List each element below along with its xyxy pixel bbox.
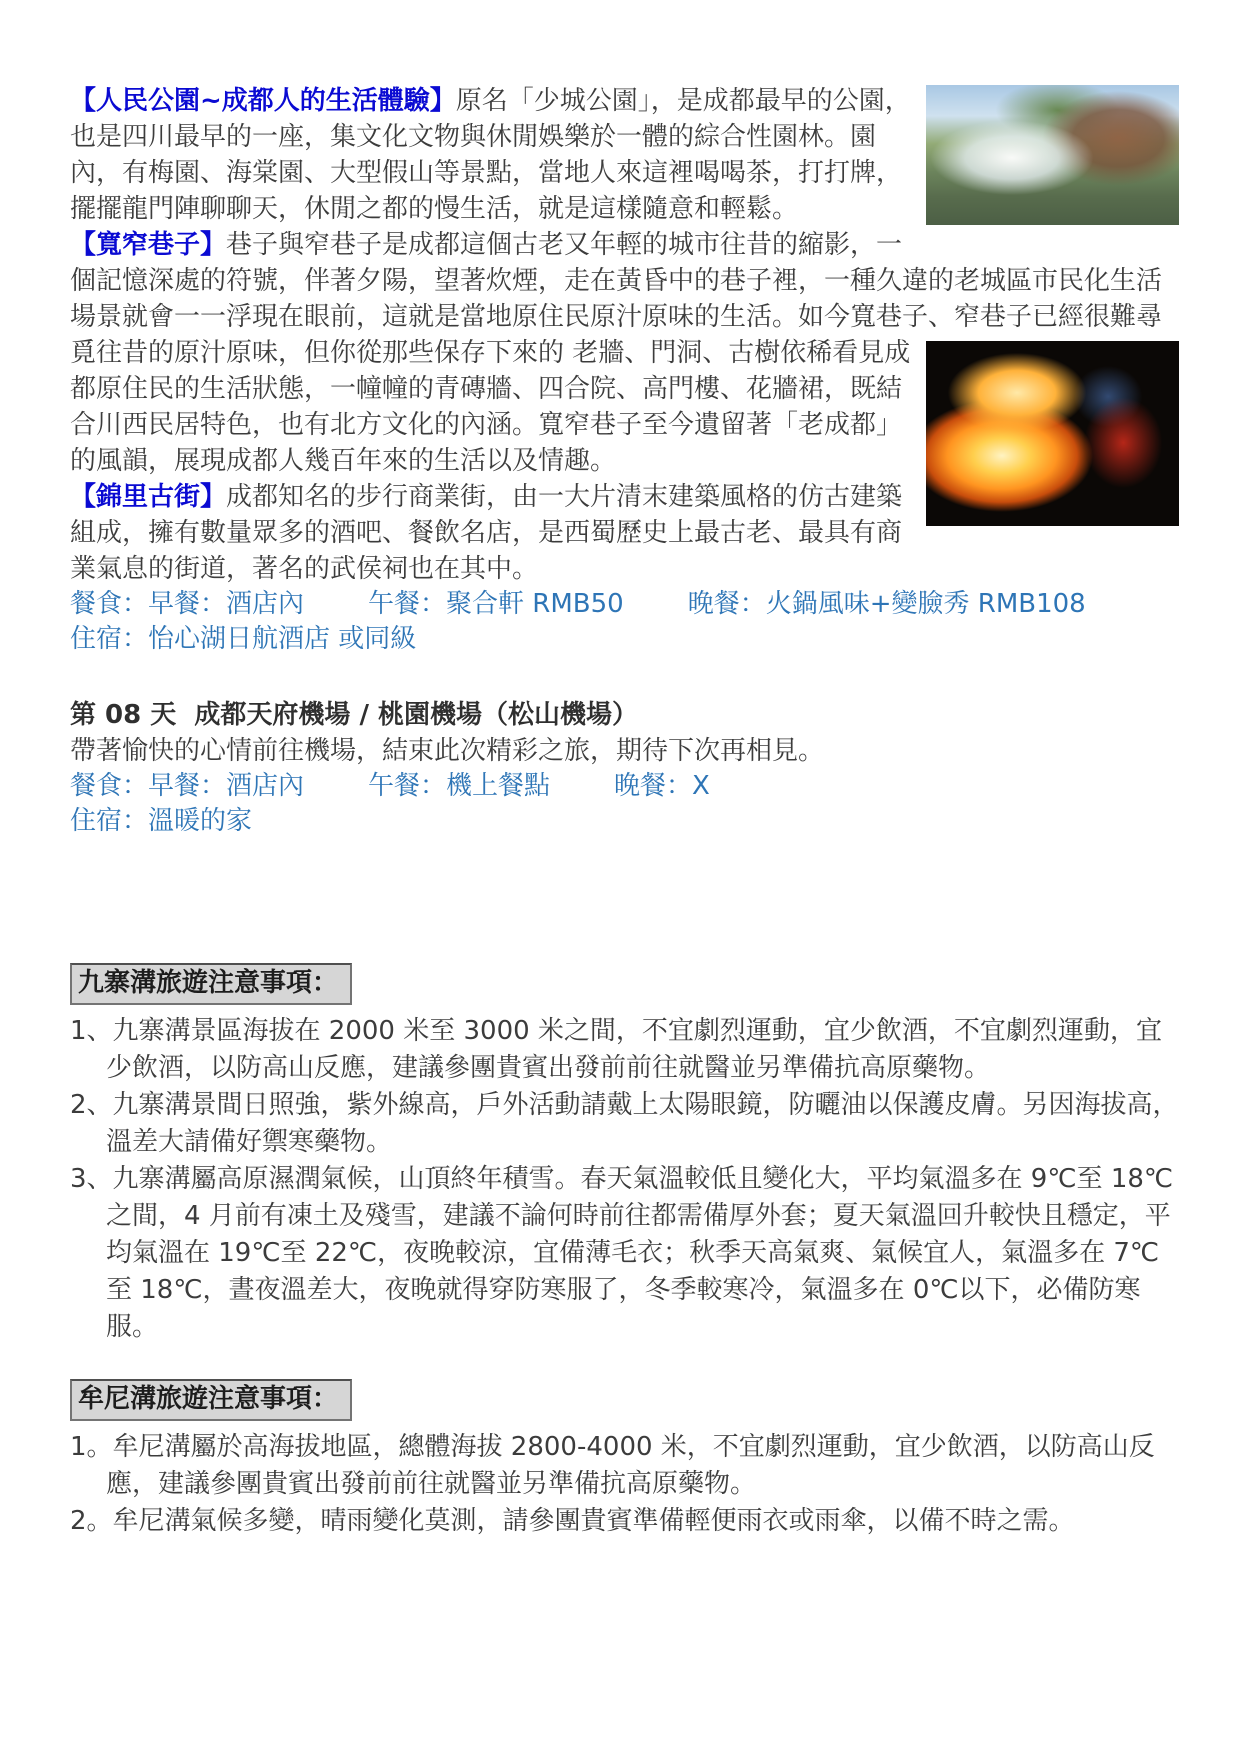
itinerary-document-page: 【人民公園~成都人的生活體驗】原名「少城公園」，是成都最早的公園，也是四川最早的… [0, 0, 1241, 1755]
notice-jiuzhaigou-heading-box: 九寨溝旅遊注意事項： [70, 963, 352, 1005]
notice-jiuzhaigou-item-3: 3、九寨溝屬高原濕潤氣候，山頂終年積雪。春天氣溫較低且變化大，平均氣溫多在 9℃… [70, 1161, 1179, 1346]
day08-dinner: 晚餐：X [614, 771, 710, 801]
attraction-people-park-paragraph: 【人民公園~成都人的生活體驗】原名「少城公園」，是成都最早的公園，也是四川最早的… [70, 83, 1179, 227]
notice-muni-title: 牟尼溝旅遊注意事項： [78, 1384, 338, 1414]
day08-body: 帶著愉快的心情前往機場，結束此次精彩之旅，期待下次再相見。 [70, 733, 1179, 769]
notice-jiuzhaigou-item-1: 1、九寨溝景區海拔在 2000 米至 3000 米之間，不宜劇烈運動，宜少飲酒，… [70, 1013, 1179, 1087]
day07-hotel-line: 住宿：怡心湖日航酒店 或同級 [70, 622, 1179, 657]
day07-dinner: 晚餐：火鍋風味+變臉秀 RMB108 [688, 589, 1086, 619]
notice-muni-section: 牟尼溝旅遊注意事項： 1。牟尼溝屬於高海拔地區，總體海拔 2800-4000 米… [70, 1379, 1179, 1540]
day08-breakfast: 餐食：早餐：酒店內 [70, 771, 304, 801]
notice-muni-heading-box: 牟尼溝旅遊注意事項： [70, 1379, 352, 1421]
notice-jiuzhaigou-section: 九寨溝旅遊注意事項： 1、九寨溝景區海拔在 2000 米至 3000 米之間，不… [70, 963, 1179, 1346]
document-body: 【人民公園~成都人的生活體驗】原名「少城公園」，是成都最早的公園，也是四川最早的… [0, 0, 1241, 1540]
notice-jiuzhaigou-items: 1、九寨溝景區海拔在 2000 米至 3000 米之間，不宜劇烈運動，宜少飲酒，… [70, 1013, 1179, 1346]
attraction-title-jinli: 【錦里古街】 [70, 482, 226, 512]
attraction-kuanzhai-paragraph: 【寬窄巷子】巷子與窄巷子是成都這個古老又年輕的城市往昔的縮影，一個記憶深處的符號… [70, 227, 1179, 479]
attraction-title-kuanzhai: 【寬窄巷子】 [70, 230, 226, 260]
attraction-text-kuanzhai-b: 昔的原汁原味，但你從那些保存下來的 老牆、門洞、古樹依稀看見成都原住民的生活狀態… [70, 338, 910, 476]
day08-hotel-line: 住宿：溫暖的家 [70, 804, 1179, 839]
day08-meals-line: 餐食：早餐：酒店內午餐：機上餐點晚餐：X [70, 769, 1179, 804]
notice-jiuzhaigou-title: 九寨溝旅遊注意事項： [78, 968, 338, 998]
day08-lunch: 午餐：機上餐點 [368, 771, 550, 801]
day08-title: 第 08 天 成都天府機場 / 桃園機場（松山機場） [70, 697, 1179, 733]
notice-muni-item-2: 2。牟尼溝氣候多變，晴雨變化莫測，請參團貴賓準備輕便雨衣或雨傘，以備不時之需。 [70, 1503, 1179, 1540]
day08-section: 第 08 天 成都天府機場 / 桃園機場（松山機場） 帶著愉快的心情前往機場，結… [70, 697, 1179, 839]
notice-jiuzhaigou-item-2: 2、九寨溝景間日照強，紫外線高，戶外活動請戴上太陽眼鏡，防曬油以保護皮膚。另因海… [70, 1087, 1179, 1161]
face-changing-fire-photo [926, 341, 1179, 526]
attraction-title-people-park: 【人民公園~成都人的生活體驗】 [70, 86, 456, 116]
day07-lunch: 午餐：聚合軒 RMB50 [368, 589, 624, 619]
notice-muni-item-1: 1。牟尼溝屬於高海拔地區，總體海拔 2800-4000 米，不宜劇烈運動，宜少飲… [70, 1429, 1179, 1503]
day07-meals-line: 餐食：早餐：酒店內午餐：聚合軒 RMB50晚餐：火鍋風味+變臉秀 RMB108 [70, 587, 1179, 622]
people-park-photo [926, 85, 1179, 225]
notice-muni-items: 1。牟尼溝屬於高海拔地區，總體海拔 2800-4000 米，不宜劇烈運動，宜少飲… [70, 1429, 1179, 1540]
day07-breakfast: 餐食：早餐：酒店內 [70, 589, 304, 619]
